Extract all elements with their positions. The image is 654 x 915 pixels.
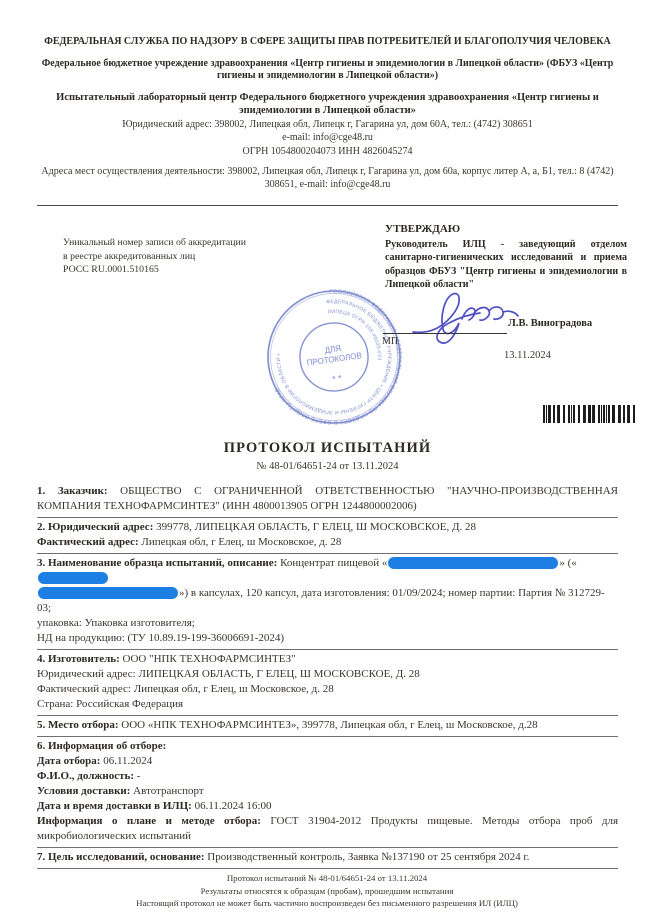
- customer-label: 1. Заказчик:: [37, 485, 108, 497]
- accreditation-line2: в реестре аккредитованных лиц: [63, 250, 303, 264]
- sample-nd: НД на продукцию: (ТУ 10.89.19-199-360066…: [37, 631, 618, 646]
- barcode: [543, 405, 638, 423]
- customer-value: ОБЩЕСТВО С ОГРАНИЧЕННОЙ ОТВЕТСТВЕННОСТЬЮ…: [37, 485, 618, 512]
- sampling-date-label: Дата отбора:: [37, 755, 100, 767]
- sample-packaging: упаковка: Упаковка изготовителя;: [37, 616, 618, 631]
- signature-line: [383, 333, 507, 334]
- redaction-box: [38, 572, 108, 584]
- approver-name: Л.В. Виноградова: [508, 318, 592, 329]
- sampling-place-value: ООО «НПК ТЕХНОФАРМСИНТЕЗ», 399778, Липец…: [119, 719, 538, 731]
- section-sample: 3. Наименование образца испытаний, описа…: [37, 554, 618, 650]
- protocol-title: ПРОТОКОЛ ИСПЫТАНИЙ: [37, 440, 618, 457]
- approval-title: УТВЕРЖДАЮ: [385, 223, 627, 237]
- purpose-label: 7. Цель исследований, основание:: [37, 851, 205, 863]
- section-manufacturer: 4. Изготовитель: ООО "НПК ТЕХНОФАРМСИНТЕ…: [37, 650, 618, 716]
- delivery-conditions-value: Автотранспорт: [130, 785, 203, 797]
- footer-protocol-ref: Протокол испытаний № 48-01/64651-24 от 1…: [0, 872, 654, 885]
- stamp-asterisks: * *: [332, 373, 343, 384]
- sampling-method-label: Информация о плане и методе отбора:: [37, 815, 261, 827]
- sample-pre-text: Концентрат пищевой «: [277, 557, 387, 569]
- legal-address-label: 2. Юридический адрес:: [37, 521, 153, 533]
- sampling-fio-value: -: [134, 770, 140, 782]
- actual-address-label: Фактический адрес:: [37, 536, 139, 548]
- footer-results-note: Результаты относятся к образцам (пробам)…: [0, 885, 654, 898]
- sample-label: 3. Наименование образца испытаний, описа…: [37, 557, 277, 569]
- legal-address-value: 399778, ЛИПЕЦКАЯ ОБЛАСТЬ, Г ЕЛЕЦ, Ш МОСК…: [153, 521, 476, 533]
- section-purpose: 7. Цель исследований, основание: Произво…: [37, 848, 618, 869]
- accreditation-line1: Уникальный номер записи об аккредитации: [63, 236, 303, 250]
- section-sampling-place: 5. Место отбора: ООО «НПК ТЕХНОФАРМСИНТЕ…: [37, 716, 618, 737]
- actual-address-value: Липецкая обл, г Елец, ш Московское, д. 2…: [139, 536, 342, 548]
- activity-addresses: Адреса мест осуществления деятельности: …: [37, 166, 618, 191]
- delivery-conditions-label: Условия доставки:: [37, 785, 130, 797]
- protocol-number: № 48-01/64651-24 от 13.11.2024: [37, 461, 618, 472]
- section-sampling-info: 6. Информация об отборе: Дата отбора: 06…: [37, 737, 618, 848]
- sample-mid-text: » («: [559, 557, 576, 569]
- approval-block: УТВЕРЖДАЮ Руководитель ИЛЦ - заведующий …: [385, 223, 627, 292]
- document-body: ФЕДЕРАЛЬНАЯ СЛУЖБА ПО НАДЗОРУ В СФЕРЕ ЗА…: [37, 0, 618, 869]
- manufacturer-actual-address: Фактический адрес: Липецкая обл, г Елец,…: [37, 682, 618, 697]
- signature-ink-icon: [409, 286, 529, 348]
- approval-date: 13.11.2024: [504, 350, 551, 361]
- approval-area: Уникальный номер записи об аккредитации …: [37, 206, 618, 434]
- sampling-date-value: 06.11.2024: [100, 755, 152, 767]
- delivery-datetime-label: Дата и время доставки в ИЛЦ:: [37, 800, 192, 812]
- manufacturer-label: 4. Изготовитель:: [37, 653, 120, 665]
- ogrn-inn: ОГРН 1054800204073 ИНН 4826045274: [37, 146, 618, 158]
- protocol-sections: 1. Заказчик: ОБЩЕСТВО С ОГРАНИЧЕННОЙ ОТВ…: [37, 482, 618, 869]
- protocol-document-page: ФЕДЕРАЛЬНАЯ СЛУЖБА ПО НАДЗОРУ В СФЕРЕ ЗА…: [0, 0, 654, 915]
- redaction-box: [38, 587, 178, 599]
- sampling-place-label: 5. Место отбора:: [37, 719, 119, 731]
- approver-position: Руководитель ИЛЦ - заведующий отделом са…: [385, 238, 627, 292]
- document-header: ФЕДЕРАЛЬНАЯ СЛУЖБА ПО НАДЗОРУ В СФЕРЕ ЗА…: [37, 36, 618, 191]
- mp-seal-label: МП: [382, 336, 398, 347]
- email: e-mail: info@cge48.ru: [37, 132, 618, 144]
- page-footer: Протокол испытаний № 48-01/64651-24 от 1…: [0, 872, 654, 910]
- accreditation-number: РОСС RU.0001.510165: [63, 263, 303, 277]
- round-stamp-icon: • РОССИЙСКАЯ ФЕДЕРАЦИЯ • ФЕДЕРАЛЬНАЯ СЛУ…: [263, 286, 405, 428]
- purpose-value: Производственный контроль, Заявка №13719…: [205, 851, 530, 863]
- redaction-box: [388, 557, 558, 569]
- delivery-datetime-value: 06.11.2024 16:00: [192, 800, 272, 812]
- sampling-fio-label: Ф.И.О., должность:: [37, 770, 134, 782]
- sampling-info-label: 6. Информация об отборе:: [37, 740, 166, 752]
- manufacturer-country: Страна: Российская Федерация: [37, 697, 618, 712]
- manufacturer-legal-address: Юридический адрес: ЛИПЕЦКАЯ ОБЛАСТЬ, Г Е…: [37, 667, 618, 682]
- section-legal-address: 2. Юридический адрес: 399778, ЛИПЕЦКАЯ О…: [37, 518, 618, 554]
- laboratory-center-name: Испытательный лабораторный центр Федерал…: [37, 91, 618, 117]
- manufacturer-value: ООО "НПК ТЕХНОФАРМСИНТЕЗ": [120, 653, 296, 665]
- organization-name: Федеральное бюджетное учреждение здравоо…: [37, 58, 618, 83]
- legal-address: Юридический адрес: 398002, Липецкая обл,…: [37, 119, 618, 131]
- federal-service-name: ФЕДЕРАЛЬНАЯ СЛУЖБА ПО НАДЗОРУ В СФЕРЕ ЗА…: [37, 36, 618, 49]
- footer-copy-note: Настоящий протокол не может быть частичн…: [0, 897, 654, 910]
- accreditation-block: Уникальный номер записи об аккредитации …: [63, 236, 303, 277]
- section-customer: 1. Заказчик: ОБЩЕСТВО С ОГРАНИЧЕННОЙ ОТВ…: [37, 482, 618, 518]
